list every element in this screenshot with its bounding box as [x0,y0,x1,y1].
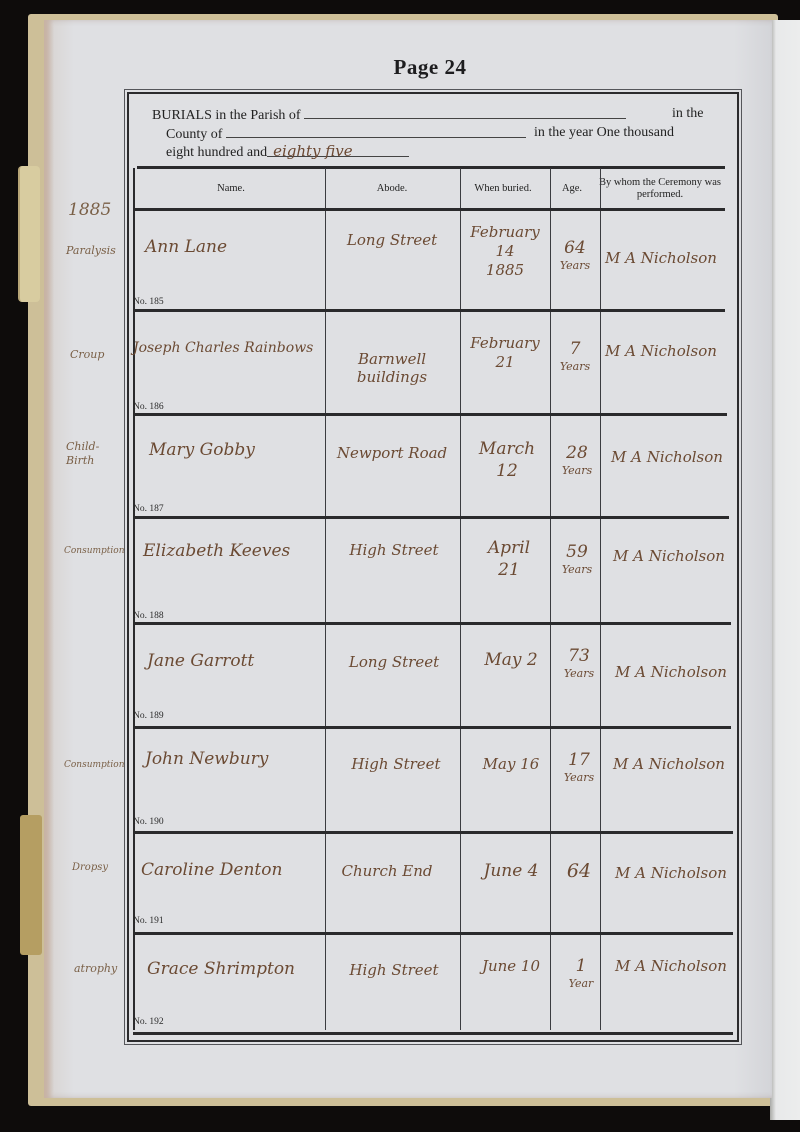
entry-age: 1 Year [557,957,605,993]
burial-year: 1885 [461,261,549,280]
burial-month: April [465,537,553,559]
entry-number: No. 186 [133,402,164,412]
column-header-age: Age. [548,170,596,208]
entry-abode: Church End [323,862,451,880]
age-value: 1 [557,957,605,975]
burial-day: 21 [465,559,553,581]
age-value: 59 [553,543,601,561]
entry-name: Caroline Denton [141,860,282,880]
register-heading: BURIALS in the Parish of in the County o… [152,104,722,162]
page-title: Page 24 [330,55,530,80]
heading-line1-suffix: in the [672,104,704,123]
burial-month: May 2 [467,651,555,670]
entry-name: Mary Gobby [149,440,255,460]
entry-abode: High Street [330,541,458,559]
heading-line2-suffix: in the year One thousand [534,123,674,142]
entry-when-buried: May 2 [467,651,555,670]
age-unit: Years [555,769,603,787]
entry-number: No. 188 [133,611,164,621]
entry-officiant: M A Nicholson [613,755,725,773]
register-entry: Elizabeth Keeves No. 188 High Street Apr… [133,519,730,622]
entry-when-buried: June 10 [467,957,555,976]
entry-when-buried: March 12 [463,438,551,482]
binding-tab-bottom [20,815,42,955]
entry-name: Grace Shrimpton [147,959,295,979]
register-entry: John Newbury No. 190 High Street May 16 … [133,729,730,831]
page-edge-stain [44,20,54,1098]
year-handwritten: eighty five [267,142,409,157]
entry-officiant: M A Nicholson [613,547,725,565]
age-unit: Year [557,975,605,993]
margin-note-cause: atrophy [74,962,117,975]
register-entry: Caroline Denton No. 191 Church End June … [133,834,730,932]
entry-when-buried: February 21 [461,334,549,372]
entry-name: Jane Garrott [147,651,254,671]
register-entry: Ann Lane No. 185 Long Street February 14… [133,211,730,309]
entry-number: No. 187 [133,504,164,514]
margin-note-cause: Consumption [64,546,125,556]
column-header-officiant: By whom the Ceremony was performed. [597,170,723,208]
burial-month: March [463,438,551,460]
age-unit: Years [555,665,603,683]
register-entry: Mary Gobby No. 187 Newport Road March 12… [133,416,730,516]
column-header-when-buried: When buried. [459,170,547,208]
entry-abode: High Street [332,755,460,773]
margin-note-cause: Child-Birth [66,440,116,468]
burial-day: 21 [461,353,549,372]
column-header-abode: Abode. [326,170,458,208]
burial-month: February [461,223,549,242]
entry-name: Ann Lane [145,237,227,257]
parish-blank [304,104,626,119]
entry-number: No. 189 [133,711,164,721]
age-value: 28 [553,444,601,462]
entry-number: No. 185 [133,297,164,307]
entry-age: 17 Years [555,751,603,787]
entry-age: 64 [555,862,603,880]
entry-name: Elizabeth Keeves [143,541,290,561]
register-entry: Grace Shrimpton No. 192 High Street June… [133,935,730,1032]
entry-when-buried: February 14 1885 [461,223,549,280]
heading-line-1: BURIALS in the Parish of [152,104,626,125]
burial-day: 14 [461,242,549,261]
age-value: 73 [555,647,603,665]
heading-line-2: County of [166,123,526,144]
entry-when-buried: May 16 [467,755,555,774]
age-value: 7 [551,340,599,358]
age-unit: Years [553,561,601,579]
county-blank [226,123,526,138]
entry-abode: Barnwell buildings [328,350,456,386]
entry-name: John Newbury [145,749,268,769]
margin-note-cause: Dropsy [72,862,108,873]
entry-officiant: M A Nicholson [615,663,727,681]
entry-number: No. 192 [133,1017,164,1027]
entry-officiant: M A Nicholson [605,342,717,360]
entry-age: 28 Years [553,444,601,480]
entry-when-buried: April 21 [465,537,553,581]
entry-officiant: M A Nicholson [611,448,723,466]
heading-parish-label: BURIALS in the Parish of [152,108,301,123]
entry-abode: Long Street [328,231,456,249]
entry-age: 73 Years [555,647,603,683]
burial-month: June 10 [467,957,555,976]
age-value: 64 [551,239,599,257]
entry-age: 64 Years [551,239,599,275]
age-unit: Years [551,257,599,275]
binding-tab-top [18,166,40,302]
register-entry: Jane Garrott No. 189 Long Street May 2 7… [133,625,730,726]
header-rule [137,166,725,169]
row-rule [133,1032,733,1035]
entry-number: No. 191 [133,916,164,926]
margin-note-year: 1885 [68,200,111,220]
heading-year-label: eight hundred and [166,145,267,160]
age-value: 17 [555,751,603,769]
facing-page-edge [770,20,800,1120]
margin-note-cause: Consumption [64,760,125,770]
entry-abode: Long Street [330,653,458,671]
entry-when-buried: June 4 [467,862,555,881]
margin-note-cause: Paralysis [66,244,116,257]
heading-line-3: eight hundred andeighty five [166,142,409,162]
register-entry: Joseph Charles Rainbows No. 186 Barnwell… [133,312,730,413]
burial-month: February [461,334,549,353]
entry-abode: High Street [330,961,458,979]
burial-month: May 16 [467,755,555,774]
entry-officiant: M A Nicholson [615,864,727,882]
age-unit: Years [553,462,601,480]
age-value: 64 [555,862,603,880]
entry-age: 59 Years [553,543,601,579]
heading-county-label: County of [166,127,222,142]
entry-officiant: M A Nicholson [615,957,727,975]
column-header-name: Name. [137,170,325,208]
entry-name: Joseph Charles Rainbows [133,340,313,356]
burial-day: 12 [463,460,551,482]
entry-officiant: M A Nicholson [605,249,717,267]
burial-month: June 4 [467,862,555,881]
entry-number: No. 190 [133,817,164,827]
entry-abode: Newport Road [328,444,456,462]
entry-age: 7 Years [551,340,599,376]
age-unit: Years [551,358,599,376]
margin-note-cause: Croup [70,348,104,361]
